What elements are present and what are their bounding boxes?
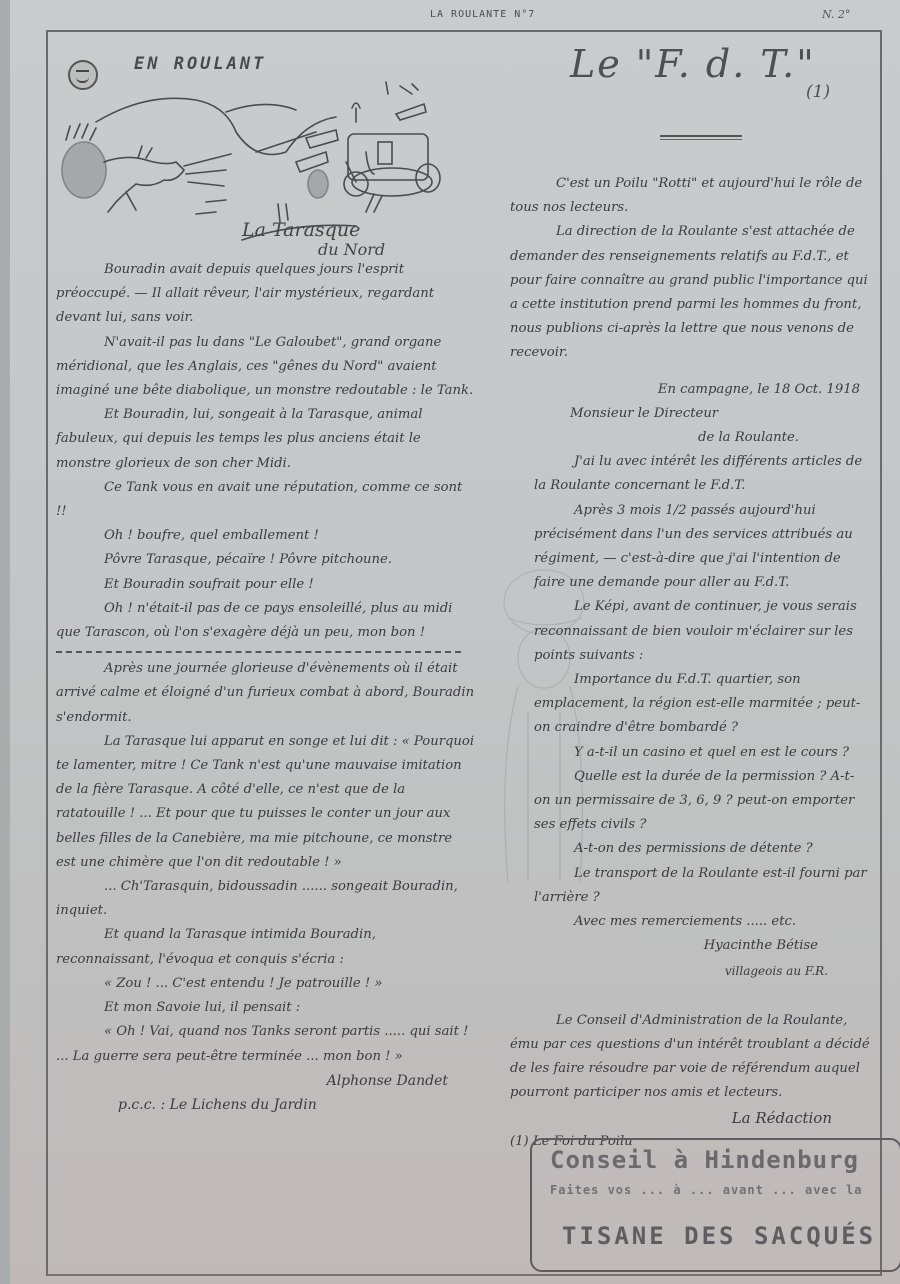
letter-affiliation: villageois au F.R.: [534, 959, 870, 983]
paragraph: Après une journée glorieuse d'évènements…: [56, 657, 476, 730]
paragraph: « Oh ! Vai, quand nos Tanks seront parti…: [56, 1020, 476, 1068]
letter-paragraph: Après 3 mois 1/2 passés aujourd'hui préc…: [534, 499, 870, 596]
paragraph: N'avait-il pas lu dans "Le Galoubet", gr…: [56, 331, 476, 404]
letter-salutation: Monsieur le Directeur: [510, 402, 870, 426]
letter-body: J'ai lu avec intérêt les différents arti…: [510, 450, 870, 982]
page-frame: EN ROULANT: [46, 30, 882, 1276]
letter-paragraph: Avec mes remerciements ..... etc.: [534, 910, 870, 934]
letter-signature: Hyacinthe Bétise: [534, 934, 870, 958]
ad-body: Faites vos ... à ... avant ... avec la: [550, 1182, 890, 1198]
paragraph: ... Ch'Tarasquin, bidoussadin ...... son…: [56, 875, 476, 923]
paragraph: Bouradin avait depuis quelques jours l'e…: [56, 258, 476, 331]
advertisement-box: Conseil à Hindenburg Faites vos ... à ..…: [530, 1138, 900, 1272]
article-body: Bouradin avait depuis quelques jours l'e…: [56, 258, 476, 1117]
letter-salutation: de la Roulante.: [510, 426, 870, 450]
title-underline: [660, 135, 742, 137]
paragraph: Oh ! n'était-il pas de ce pays ensoleill…: [56, 597, 476, 645]
letter-date: En campagne, le 18 Oct. 1918: [510, 378, 870, 402]
letter-paragraph: J'ai lu avec intérêt les différents arti…: [534, 450, 870, 498]
paragraph: C'est un Poilu "Rotti" et aujourd'hui le…: [510, 172, 870, 220]
paragraph: Oh ! boufre, quel emballement !: [56, 524, 476, 548]
page-number: N. 2°: [822, 8, 850, 21]
paragraph: Et quand la Tarasque intimida Bouradin, …: [56, 923, 476, 971]
letter-paragraph: Importance du F.d.T. quartier, son empla…: [534, 668, 870, 741]
letter-paragraph: Y a-t-il un casino et quel en est le cou…: [534, 741, 870, 765]
document-page: LA ROULANTE N°7 N. 2° EN ROULANT: [10, 0, 900, 1284]
ftp-title: Le "F. d. T.": [570, 52, 816, 76]
dashed-separator: [56, 651, 461, 653]
paragraph: La Tarasque lui apparut en songe et lui …: [56, 730, 476, 875]
letter-paragraph: Le Képi, avant de continuer, je vous ser…: [534, 595, 870, 668]
publication-header: LA ROULANTE N°7: [430, 9, 535, 20]
article-source: p.c.c. : Le Lichens du Jardin: [56, 1093, 476, 1117]
letter-paragraph: Quelle est la durée de la permission ? A…: [534, 765, 870, 838]
title-underline: [660, 139, 742, 140]
ftp-article-body: C'est un Poilu "Rotti" et aujourd'hui le…: [510, 172, 870, 1154]
paragraph: « Zou ! ... C'est entendu ! Je patrouill…: [56, 972, 476, 996]
paragraph: La direction de la Roulante s'est attach…: [510, 220, 870, 365]
letter-paragraph: A-t-on des permissions de détente ?: [534, 837, 870, 861]
paragraph: Et Bouradin, lui, songeait à la Tarasque…: [56, 403, 476, 476]
paragraph: Et Bouradin soufrait pour elle !: [56, 573, 476, 597]
paragraph: Ce Tank vous en avait une réputation, co…: [56, 476, 476, 524]
ad-headline: Conseil à Hindenburg: [550, 1146, 859, 1174]
letter-paragraph: Le transport de la Roulante est-il fourn…: [534, 862, 870, 910]
article-signature: Alphonse Dandet: [56, 1069, 476, 1093]
ad-product: TISANE DES SACQUÉS: [562, 1222, 876, 1250]
redaction-signature: La Rédaction: [510, 1106, 870, 1130]
council-paragraph: Le Conseil d'Administration de la Roulan…: [510, 1009, 870, 1106]
paragraph: Et mon Savoie lui, il pensait :: [56, 996, 476, 1020]
title-footnote-mark: (1): [806, 80, 830, 104]
paragraph: Pôvre Tarasque, pécaïre ! Pôvre pitchoun…: [56, 548, 476, 572]
